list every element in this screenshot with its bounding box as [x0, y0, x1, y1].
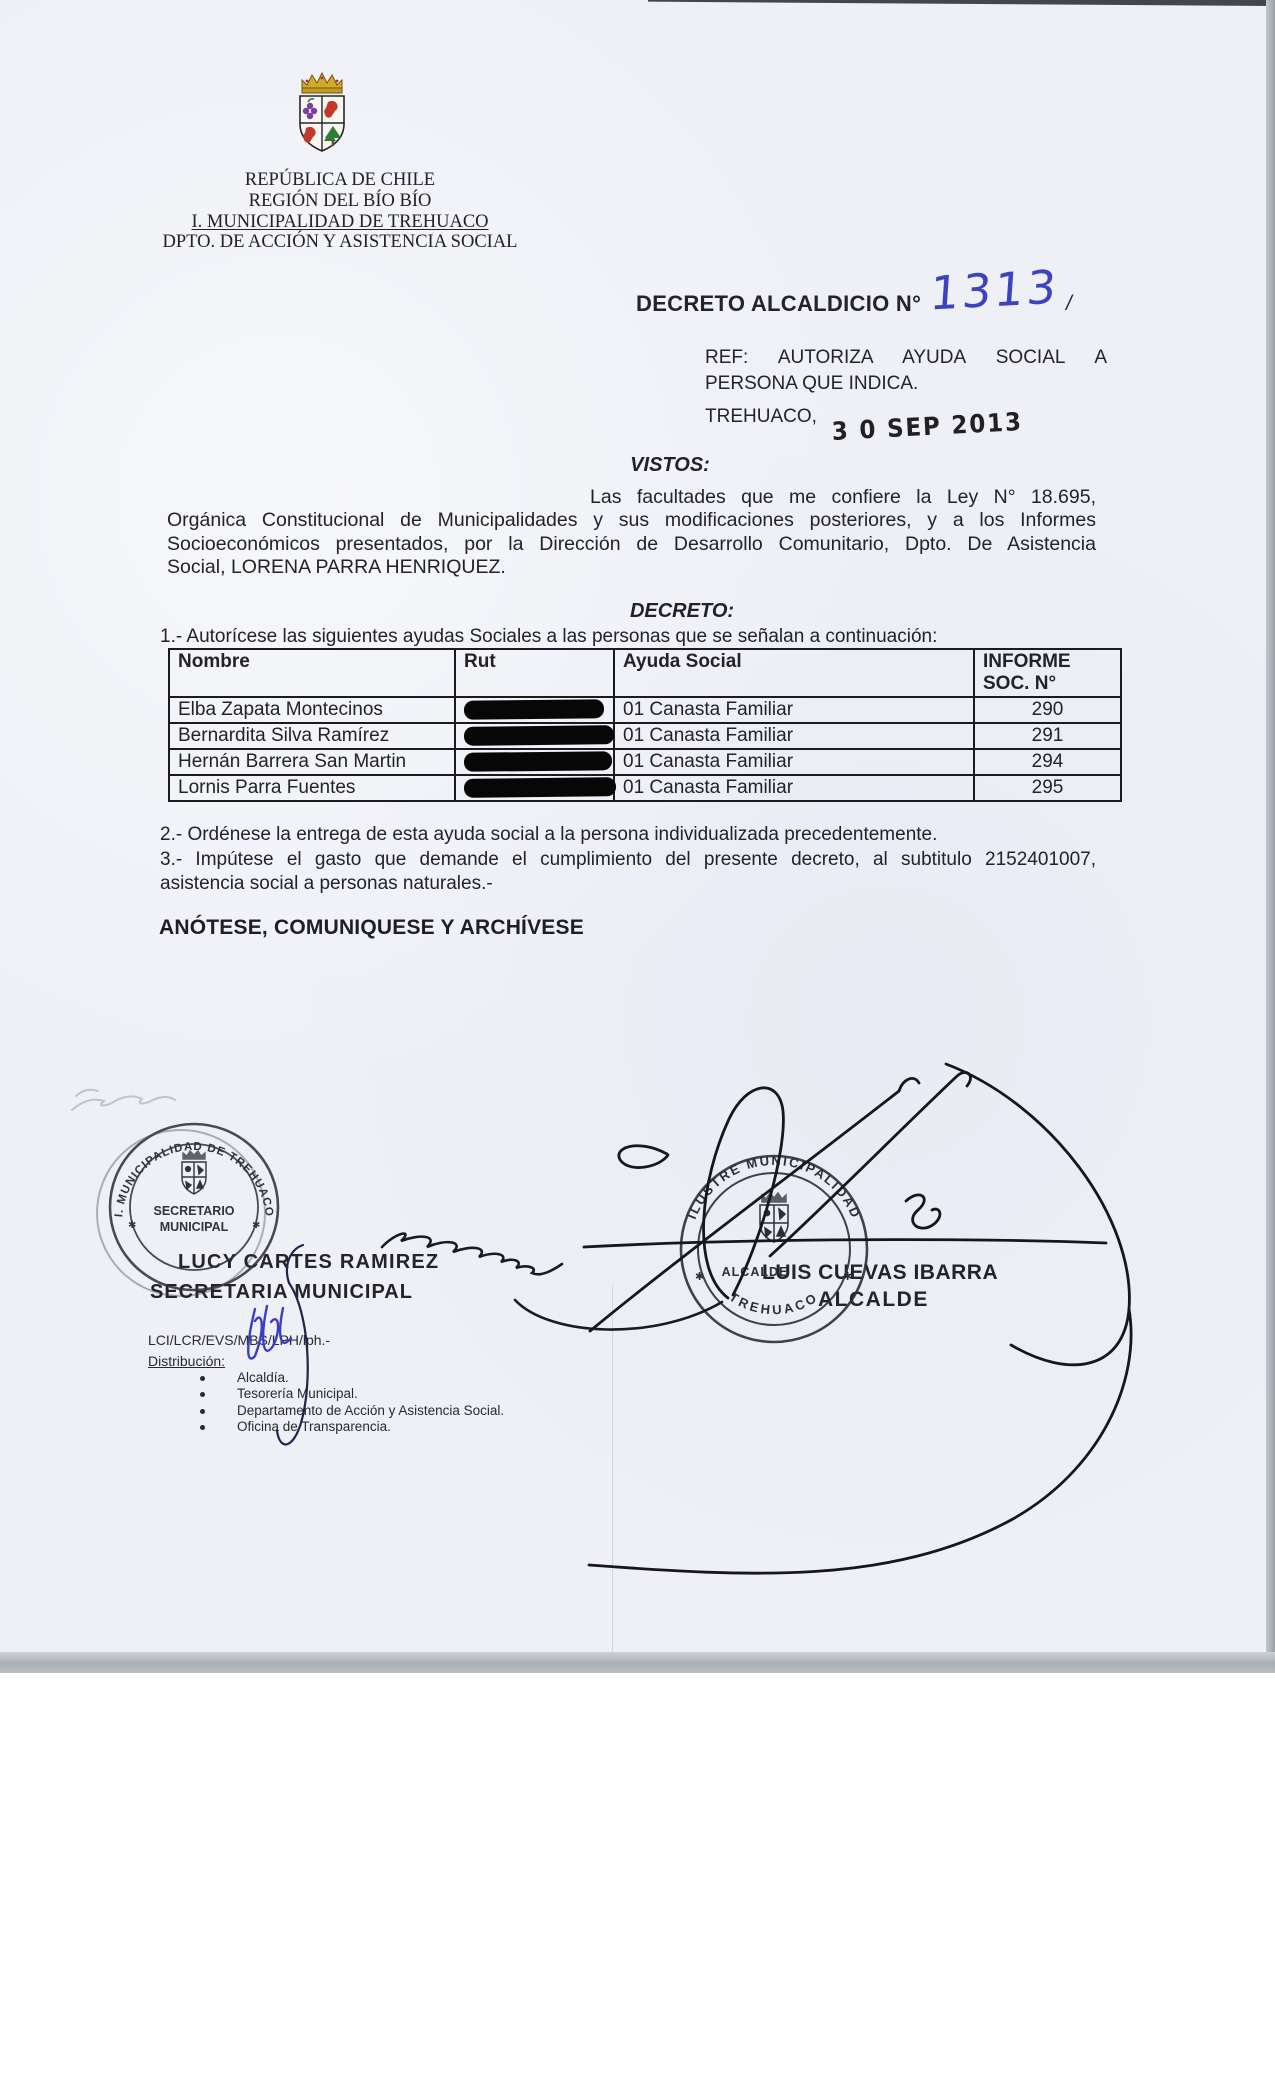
decreto-item-1: 1.- Autorícese las siguientes ayudas Soc…: [160, 626, 937, 648]
social-aid-table: Nombre Rut Ayuda Social INFORME SOC. N° …: [168, 648, 1122, 802]
vistos-heading: VISTOS:: [570, 454, 770, 477]
cell-informe: 291: [974, 723, 1121, 749]
paper-bottom-shadow: [0, 1652, 1275, 1673]
cell-nombre: Bernardita Silva Ramírez: [169, 723, 455, 749]
municipal-coat-of-arms: [293, 62, 351, 156]
letterhead-line-municipality: I. MUNICIPALIDAD DE TREHUACO: [120, 212, 560, 233]
handwritten-signatures-overlay: [60, 1050, 1170, 1580]
cell-rut-redacted: [455, 697, 614, 723]
blue-pen-loop: [277, 1245, 308, 1444]
col-header-rut: Rut: [455, 649, 614, 697]
reference-line-1: REF: AUTORIZA AYUDA SOCIAL A: [705, 345, 1107, 371]
closing-formula: ANÓTESE, COMUNIQUESE Y ARCHÍVESE: [159, 916, 584, 940]
letterhead-line-department: DPTO. DE ACCIÓN Y ASISTENCIA SOCIAL: [120, 232, 560, 253]
redaction-bar: [464, 777, 616, 798]
redaction-bar: [464, 699, 604, 719]
pencil-scribble: [72, 1090, 175, 1110]
cell-informe: 290: [974, 697, 1121, 723]
scanned-decree-page: { "header": { "lines": [ "REPÚBLICA DE C…: [0, 0, 1275, 2100]
decreto-item-3: 3.- Impútese el gasto que demande el cum…: [160, 848, 1096, 895]
cell-rut-redacted: [455, 749, 614, 775]
decreto-item-3-line: 3.- Impútese el gasto que demande el cum…: [160, 848, 1096, 872]
letterhead-line-republic: REPÚBLICA DE CHILE: [120, 170, 560, 191]
reference-line-2: PERSONA QUE INDICA.: [705, 371, 1107, 397]
col-header-nombre: Nombre: [169, 649, 455, 697]
secretary-signature: [382, 1234, 722, 1330]
decreto-heading: DECRETO:: [582, 600, 782, 623]
vistos-line: Las facultades que me confiere la Ley N°…: [167, 486, 1096, 509]
col-header-informe: INFORME SOC. N°: [974, 649, 1121, 697]
vistos-line: Orgánica Constitucional de Municipalidad…: [167, 509, 1096, 532]
decreto-item-2: 2.- Ordénese la entrega de esta ayuda so…: [160, 824, 937, 846]
redaction-bar: [464, 751, 612, 772]
mayor-signature: [584, 1064, 1131, 1573]
decree-number-handwritten: 1313: [928, 259, 1061, 320]
cell-informe: 294: [974, 749, 1121, 775]
cell-ayuda: 01 Canasta Familiar: [614, 749, 974, 775]
decreto-item-3-line: asistencia social a personas naturales.-: [160, 872, 1096, 896]
place-label: TREHUACO,: [705, 406, 817, 428]
table-row: Bernardita Silva Ramírez 01 Canasta Fami…: [169, 723, 1121, 749]
table-row: Hernán Barrera San Martin 01 Canasta Fam…: [169, 749, 1121, 775]
cell-rut-redacted: [455, 775, 614, 801]
blue-pen-initials: [248, 1306, 291, 1359]
table-header-row: Nombre Rut Ayuda Social INFORME SOC. N°: [169, 649, 1121, 697]
decree-title: DECRETO ALCALDICIO N°: [636, 291, 921, 317]
cell-ayuda: 01 Canasta Familiar: [614, 697, 974, 723]
cell-ayuda: 01 Canasta Familiar: [614, 775, 974, 801]
redaction-bar: [464, 725, 614, 746]
vistos-line: Socioeconómicos presentados, por la Dire…: [167, 533, 1096, 556]
letterhead: REPÚBLICA DE CHILE REGIÓN DEL BÍO BÍO I.…: [120, 170, 560, 253]
cell-nombre: Elba Zapata Montecinos: [169, 697, 455, 723]
cell-ayuda: 01 Canasta Familiar: [614, 723, 974, 749]
letterhead-line-region: REGIÓN DEL BÍO BÍO: [120, 191, 560, 212]
col-header-ayuda: Ayuda Social: [614, 649, 974, 697]
vistos-line: Social, LORENA PARRA HENRIQUEZ.: [167, 556, 1096, 579]
cell-nombre: Lornis Parra Fuentes: [169, 775, 455, 801]
table-row: Lornis Parra Fuentes 01 Canasta Familiar…: [169, 775, 1121, 801]
cell-nombre: Hernán Barrera San Martin: [169, 749, 455, 775]
table-row: Elba Zapata Montecinos 01 Canasta Famili…: [169, 697, 1121, 723]
reference-block: REF: AUTORIZA AYUDA SOCIAL A PERSONA QUE…: [705, 345, 1107, 397]
cell-informe: 295: [974, 775, 1121, 801]
cell-rut-redacted: [455, 723, 614, 749]
vistos-paragraph: Las facultades que me confiere la Ley N°…: [167, 486, 1096, 580]
scan-edge-right: [1266, 0, 1275, 1662]
decree-number-slash: /: [1066, 292, 1072, 316]
